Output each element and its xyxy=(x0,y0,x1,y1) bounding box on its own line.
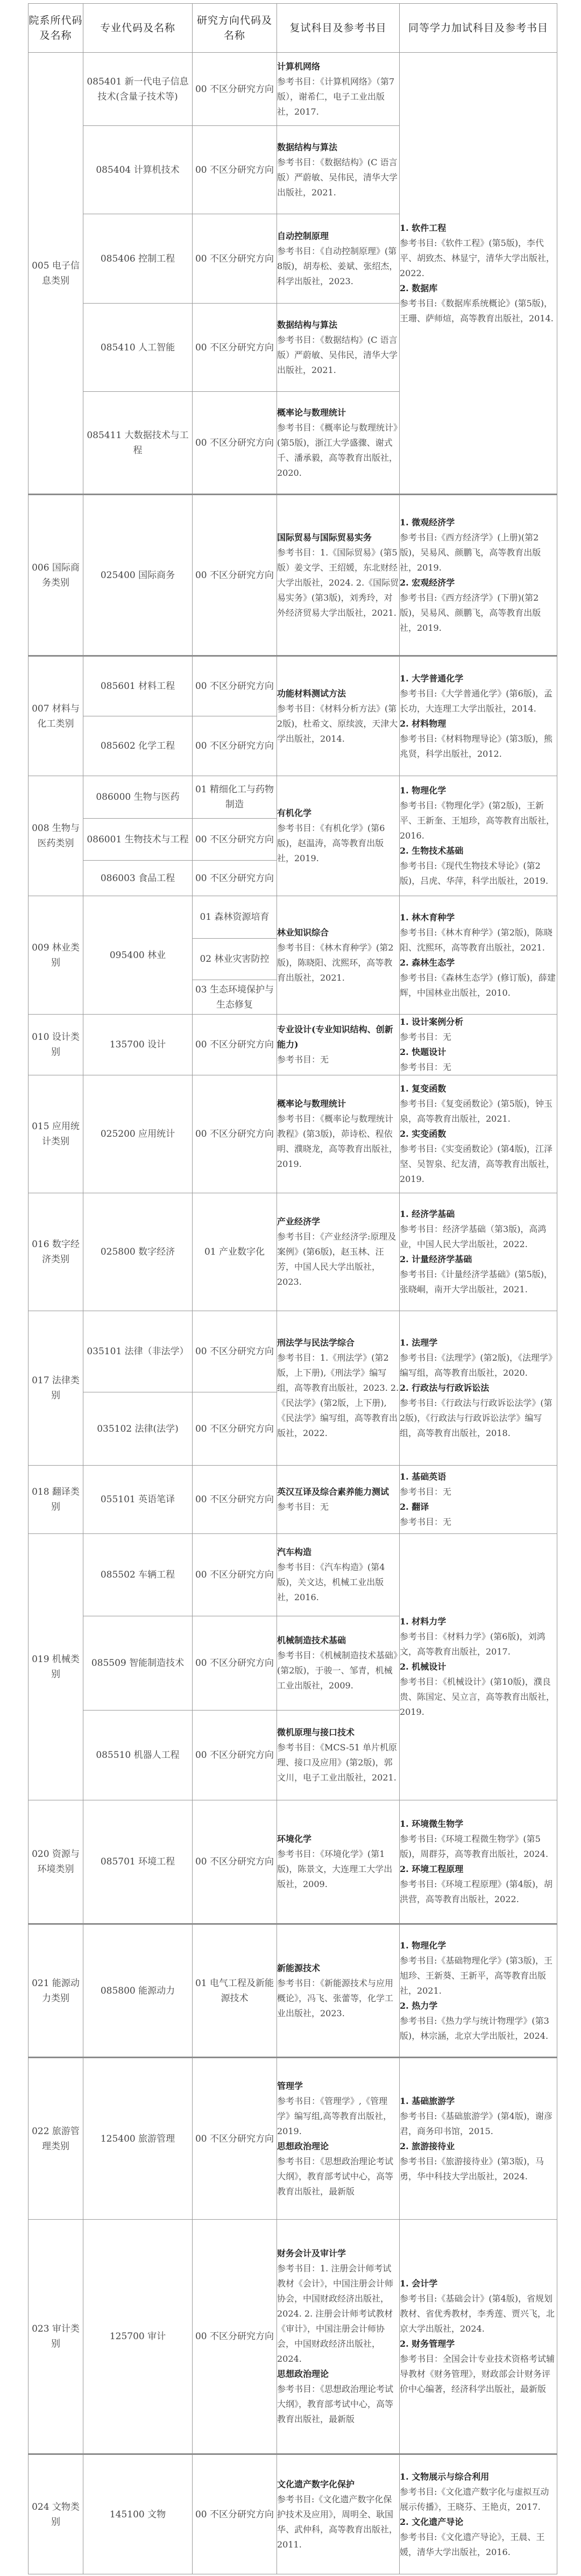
exam-reference-table: 院系所代码及名称 专业代码及名称 研究方向代码及名称 复试科目及参考书目 同等学… xyxy=(28,3,557,2574)
add-subject-1: 1. 环境微生物学 xyxy=(400,1817,557,1832)
major-cell: 085401 新一代电子信息技术(含量子技术等) xyxy=(83,53,193,126)
add-subject-1: 1. 法理学 xyxy=(400,1335,557,1350)
add-subject-2: 2. 数据库 xyxy=(400,281,557,296)
add-subject-1: 1. 林木育种学 xyxy=(400,910,557,925)
direction-cell: 00 不区分研究方向 xyxy=(193,2220,277,2454)
direction-cell: 03 生态环境保护与生态修复 xyxy=(193,980,277,1015)
major-cell: 086001 生物技术与工程 xyxy=(83,819,193,861)
add-subject-1: 1. 大学普通化学 xyxy=(400,671,557,686)
add-ref-1: 参考书目：《材料力学》(第6版)，刘鸿文，高等教育出版社，2017. xyxy=(400,1629,557,1659)
dept-cell: 018 翻译类别 xyxy=(29,1466,83,1534)
direction-cell: 00 不区分研究方向 xyxy=(193,2454,277,2574)
add-ref-2: 参考书目:《热力学与统计物理学》(第3版)，林宗涵，北京大学出版社，2024. xyxy=(400,2014,557,2044)
additional-cell: 1. 基础旅游学参考书目:《基础旅游学》(第4版)，谢彦君，商务印书馆，2015… xyxy=(400,2058,557,2220)
exam-subject: 数据结构与算法 xyxy=(277,140,399,155)
exam-subject: 机械制造技术基础 xyxy=(277,1633,399,1648)
exam-subject: 概率论与数理统计 xyxy=(277,1096,399,1111)
exam-subject-2: 思想政治理论 xyxy=(277,2367,399,2382)
dept-cell: 015 应用统计类别 xyxy=(29,1075,83,1193)
exam-cell: 专业设计(专业知识结构、创新能力)参考书目：无 xyxy=(277,1015,400,1075)
direction-cell: 00 不区分研究方向 xyxy=(193,2058,277,2220)
major-cell: 085406 控制工程 xyxy=(83,214,193,304)
direction-cell: 00 不区分研究方向 xyxy=(193,1534,277,1616)
exam-subject: 国际贸易与国际贸易实务 xyxy=(277,530,399,545)
exam-cell: 数据结构与算法参考书目：《数据结构》(C 语言版）严蔚敏、吴伟民，清华大学出版社… xyxy=(277,304,400,392)
table-row: 024 文物类别 145100 文物 00 不区分研究方向 文化遗产数字化保护参… xyxy=(29,2454,557,2574)
table-row: 008 生物与医药类别 086000 生物与医药 01 精细化工与药物制造 有机… xyxy=(29,776,557,819)
direction-cell: 00 不区分研究方向 xyxy=(193,495,277,656)
exam-subject: 产业经济学 xyxy=(277,1214,399,1229)
direction-cell: 00 不区分研究方向 xyxy=(193,861,277,896)
table-row: 022 旅游管理类别 125400 旅游管理 00 不区分研究方向 管理学参考书… xyxy=(29,2058,557,2220)
add-subject-2: 2. 生物技术基础 xyxy=(400,843,557,858)
header-major: 专业代码及名称 xyxy=(83,4,193,53)
add-ref-1: 参考书目:《环境工程微生物学》(第5版)，周群芬，高等教育出版社，2024. xyxy=(400,1832,557,1862)
exam-subject: 英汉互译及综合素养能力测试 xyxy=(277,1484,399,1500)
major-cell: 085601 材料工程 xyxy=(83,656,193,716)
direction-cell: 00 不区分研究方向 xyxy=(193,1392,277,1466)
add-ref-1: 参考书目:《西方经济学》(上册)(第2版)，吴易风、颜鹏飞，高等教育出版社，20… xyxy=(400,530,557,575)
exam-ref: 参考书目：《MCS-51 单片机原理、接口及应用》(第2版)，郭文川，电子工业出… xyxy=(277,1740,399,1785)
add-subject-1: 1. 基础旅游学 xyxy=(400,2094,557,2109)
add-ref-2: 参考书目:《数据库系统概论》(第5版)，王珊、萨师煊，高等教育出版社，2014. xyxy=(400,296,557,326)
additional-cell: 1. 材料力学参考书目：《材料力学》(第6版)，刘鸿文，高等教育出版社，2017… xyxy=(400,1534,557,1800)
add-ref-2: 参考书目：全国会计专业技术资格考试辅导教材《财务管理》，财政部会计财务评价中心编… xyxy=(400,2352,557,2397)
major-cell: 086000 生物与医药 xyxy=(83,776,193,819)
additional-cell: 1. 软件工程参考书目:《软件工程》(第5版)，李代平、胡致杰、林显宁，清华大学… xyxy=(400,53,557,495)
table-row: 017 法律类别 035101 法律（非法学） 00 不区分研究方向 刑法学与民… xyxy=(29,1311,557,1392)
additional-cell: 1. 文物展示与综合利用参考书目:《文化遗产数字化与虚拟互动展示传播》，王晓芬、… xyxy=(400,2454,557,2574)
exam-cell: 概率论与数理统计参考书目：《概率论与数理统计》(第5版)，浙江大学盛骤、谢式千、… xyxy=(277,392,400,495)
major-cell: 025800 数字经济 xyxy=(83,1193,193,1311)
add-ref-1: 参考书目:《物理化学》(第2版)，王新平、王新奎、王旭珍，高等教育出版社，201… xyxy=(400,798,557,843)
table-row: 018 翻译类别 055101 英语笔译 00 不区分研究方向 英汉互译及综合素… xyxy=(29,1466,557,1534)
dept-cell: 022 旅游管理类别 xyxy=(29,2058,83,2220)
direction-cell: 01 精细化工与药物制造 xyxy=(193,776,277,819)
table-row: 021 能源动力类别 085800 能源动力 01 电气工程及新能源技术 新能源… xyxy=(29,1924,557,2058)
exam-cell: 自动控制原理参考书目：《自动控制原理》(第8版)，胡寿松、姜斌、张绍杰，科学出版… xyxy=(277,214,400,304)
direction-cell: 01 森林资源培育 xyxy=(193,896,277,939)
exam-cell: 林业知识综合参考书目：《林木育种学》(第2版)，陈晓阳、沈熙环，高等教育出版社，… xyxy=(277,896,400,1015)
add-subject-1: 1. 复变函数 xyxy=(400,1081,557,1096)
dept-cell: 008 生物与医药类别 xyxy=(29,776,83,896)
exam-cell: 数据结构与算法参考书目：《数据结构》(C 语言版）严蔚敏、吴伟民，清华大学出版社… xyxy=(277,126,400,214)
additional-cell: 1. 物理化学参考书目:《基础物理化学》(第3版)，王旭珍、王新葵、王新平，高等… xyxy=(400,1924,557,2058)
exam-ref: 参考书目：《计算机网络》（第7版），谢希仁，电子工业出版社，2017. xyxy=(277,74,399,119)
table-row: 007 材料与化工类别 085601 材料工程 00 不区分研究方向 功能材料测… xyxy=(29,656,557,716)
table-row: 005 电子信息类别 085401 新一代电子信息技术(含量子技术等) 00 不… xyxy=(29,53,557,126)
exam-subject: 概率论与数理统计 xyxy=(277,405,399,420)
add-ref-1: 参考书目：无 xyxy=(400,1484,557,1500)
add-subject-1: 1. 物理化学 xyxy=(400,1938,557,1953)
direction-cell: 00 不区分研究方向 xyxy=(193,819,277,861)
exam-cell: 文化遗产数字化保护参考书目:《文化遗产数字化保护技术及应用》，周明全、耿国华、武… xyxy=(277,2454,400,2574)
add-subject-1: 1. 软件工程 xyxy=(400,221,557,236)
add-ref-1: 参考书目:《基础会计》(第4版)，省规划教材、省优秀教材，李秀莲、贾兴飞，北京大… xyxy=(400,2291,557,2336)
add-ref-1: 参考书目:《基础物理化学》(第3版)，王旭珍、王新葵、王新平，高等教育出版社，2… xyxy=(400,1953,557,1998)
major-cell: 095400 林业 xyxy=(83,896,193,1015)
add-ref-2: 参考书目:《计量经济学基础》(第5版)，张晓峒，南开大学出版社，2021. xyxy=(400,1267,557,1297)
exam-subject: 功能材料测试方法 xyxy=(277,686,399,701)
direction-cell: 00 不区分研究方向 xyxy=(193,716,277,776)
major-cell: 145100 文物 xyxy=(83,2454,193,2574)
major-cell: 125400 旅游管理 xyxy=(83,2058,193,2220)
exam-cell: 刑法学与民法学综合参考书目：1.《刑法学》(第2版，上下册),《刑法学》编写组，… xyxy=(277,1311,400,1466)
exam-ref-2: 参考书目：《思想政治理论考试大纲》，教育部考试中心，高等教育出版社，最新版 xyxy=(277,2382,399,2427)
exam-subject: 新能源技术 xyxy=(277,1961,399,1976)
direction-cell: 00 不区分研究方向 xyxy=(193,304,277,392)
major-cell: 135700 设计 xyxy=(83,1015,193,1075)
dept-cell: 010 设计类别 xyxy=(29,1015,83,1075)
add-subject-1: 1. 材料力学 xyxy=(400,1614,557,1629)
additional-cell: 1. 复变函数参考书目:《复变函数论》(第5版)，钟玉泉，高等教育出版社，202… xyxy=(400,1075,557,1193)
add-subject-2: 2. 行政法与行政诉讼法 xyxy=(400,1381,557,1396)
exam-ref: 参考书目：《机械制造技术基础》(第2版)，于骏一、邹青，机械工业出版社，2009… xyxy=(277,1648,399,1693)
exam-subject-2: 思想政治理论 xyxy=(277,2139,399,2154)
add-ref-2: 参考书目:《实变函数论》(第4版)，江泽坚、吴智泉、纪友清，高等教育出版社，20… xyxy=(400,1142,557,1187)
add-subject-2: 2. 文化遗产导论 xyxy=(400,2515,557,2530)
add-ref-1: 参考书目:《复变函数论》(第5版)，钟玉泉，高等教育出版社，2021. xyxy=(400,1096,557,1127)
exam-subject: 汽车构造 xyxy=(277,1545,399,1560)
major-cell: 025400 国际商务 xyxy=(83,495,193,656)
additional-cell: 1. 物理化学参考书目:《物理化学》(第2版)，王新平、王新奎、王旭珍，高等教育… xyxy=(400,776,557,896)
dept-cell: 023 审计类别 xyxy=(29,2220,83,2454)
add-ref-2: 参考书目:《西方经济学》(下册)(第2版)，吴易风、颜鹏飞，高等教育出版社，20… xyxy=(400,590,557,636)
direction-cell: 00 不区分研究方向 xyxy=(193,1015,277,1075)
table-row: 009 林业类别 095400 林业 01 森林资源培育 林业知识综合参考书目：… xyxy=(29,896,557,939)
dept-cell: 020 资源与环境类别 xyxy=(29,1800,83,1924)
header-additional: 同等学力加试科目及参考书目 xyxy=(400,4,557,53)
table-header-row: 院系所代码及名称 专业代码及名称 研究方向代码及名称 复试科目及参考书目 同等学… xyxy=(29,4,557,53)
dept-cell: 009 林业类别 xyxy=(29,896,83,1015)
add-ref-1: 参考书目:《软件工程》(第5版)，李代平、胡致杰、林显宁，清华大学出版社，202… xyxy=(400,236,557,281)
exam-ref-2: 参考书目：《思想政治理论考试大纲》，教育部考试中心，高等教育出版社，最新版 xyxy=(277,2154,399,2199)
add-ref-2: 参考书目:《现代生物技术导论》(第2版)，吕虎、华萍，科学出版社，2019. xyxy=(400,858,557,889)
exam-subject: 管理学 xyxy=(277,2079,399,2094)
exam-ref: 参考书目：1. 注册会计师考试教材《会计》，中国注册会计师协会，中国财政经济出版… xyxy=(277,2261,399,2367)
exam-cell: 汽车构造参考书目：《汽车构造》(第4版)，关文达，机械工业出版社，2016. xyxy=(277,1534,400,1616)
add-ref-1: 参考书目:《法理学》(第2版)，《法理学》编写组，高等教育出版社，2020. xyxy=(400,1350,557,1381)
add-ref-2: 参考书目：无 xyxy=(400,1060,557,1075)
add-subject-2: 2. 环境工程原理 xyxy=(400,1862,557,1877)
dept-cell: 021 能源动力类别 xyxy=(29,1924,83,2058)
table-row: 023 审计类别 125700 审计 00 不区分研究方向 财务会计及审计学参考… xyxy=(29,2220,557,2454)
additional-cell: 1. 基础英语参考书目：无2. 翻译参考书目：无 xyxy=(400,1466,557,1534)
add-subject-2: 2. 财务管理学 xyxy=(400,2336,557,2352)
table-row: 016 数字经济类别 025800 数字经济 01 产业数字化 产业经济学参考书… xyxy=(29,1193,557,1311)
exam-subject: 财务会计及审计学 xyxy=(277,2246,399,2261)
exam-cell: 环境化学参考书目：《环境化学》(第1版)，陈景文，大连理工大学出版社，2009. xyxy=(277,1800,400,1924)
header-dept: 院系所代码及名称 xyxy=(29,4,83,53)
direction-cell: 01 产业数字化 xyxy=(193,1193,277,1311)
add-ref-2: 参考书目:《环境工程原理》(第4版)，胡洪营，高等教育出版社，2022. xyxy=(400,1877,557,1907)
table-row: 006 国际商务类别 025400 国际商务 00 不区分研究方向 国际贸易与国… xyxy=(29,495,557,656)
major-cell: 085404 计算机技术 xyxy=(83,126,193,214)
add-ref-2: 参考书目:《旅游接待业》(第3版)，马勇，华中科技大学出版社，2024. xyxy=(400,2154,557,2184)
add-ref-1: 参考书目:《大学普通化学》(第6版)，孟长功，大连理工大学出版社，2014. xyxy=(400,686,557,716)
major-cell: 085800 能源动力 xyxy=(83,1924,193,2058)
exam-ref: 参考书目：《概率论与数理统计教程》(第3版)，茆诗松、程依明、濮晓龙，高等教育出… xyxy=(277,1111,399,1172)
direction-cell: 00 不区分研究方向 xyxy=(193,214,277,304)
add-subject-2: 2. 计量经济学基础 xyxy=(400,1252,557,1267)
major-cell: 055101 英语笔译 xyxy=(83,1466,193,1534)
add-subject-2: 2. 材料物理 xyxy=(400,716,557,731)
exam-subject: 数据结构与算法 xyxy=(277,318,399,333)
add-subject-2: 2. 森林生态学 xyxy=(400,955,557,970)
additional-cell: 1. 环境微生物学参考书目:《环境工程微生物学》(第5版)，周群芬，高等教育出版… xyxy=(400,1800,557,1924)
add-subject-2: 2. 机械设计 xyxy=(400,1659,557,1674)
exam-cell: 计算机网络参考书目：《计算机网络》（第7版），谢希仁，电子工业出版社，2017. xyxy=(277,53,400,126)
exam-cell: 有机化学参考书目：《有机化学》(第6版)，赵温涛，高等教育出版社，2019. xyxy=(277,776,400,896)
table-row: 019 机械类别 085502 车辆工程 00 不区分研究方向 汽车构造参考书目… xyxy=(29,1534,557,1616)
add-subject-2: 2. 宏观经济学 xyxy=(400,575,557,590)
exam-cell: 概率论与数理统计参考书目：《概率论与数理统计教程》(第3版)，茆诗松、程依明、濮… xyxy=(277,1075,400,1193)
exam-subject: 专业设计(专业知识结构、创新能力) xyxy=(277,1022,399,1052)
exam-ref: 参考书目：《材料分析方法》(第2版)，杜希文、原续波，天津大学出版社，2014. xyxy=(277,701,399,747)
direction-cell: 00 不区分研究方向 xyxy=(193,53,277,126)
exam-ref: 参考书目：无 xyxy=(277,1500,399,1515)
major-cell: 086003 食品工程 xyxy=(83,861,193,896)
exam-cell: 英汉互译及综合素养能力测试参考书目：无 xyxy=(277,1466,400,1534)
additional-cell: 1. 会计学参考书目:《基础会计》(第4版)，省规划教材、省优秀教材，李秀莲、贾… xyxy=(400,2220,557,2454)
additional-cell: 1. 经济学基础参考书目：经济学基础（第3版)，高鸿业，中国人民大学出版社，20… xyxy=(400,1193,557,1311)
exam-subject: 环境化学 xyxy=(277,1832,399,1847)
direction-cell: 00 不区分研究方向 xyxy=(193,1466,277,1534)
exam-ref: 参考书目：《新能源技术与应用概论》，冯飞、张蕾等，化学工业出版社，2023. xyxy=(277,1976,399,2021)
add-subject-1: 1. 文物展示与综合利用 xyxy=(400,2469,557,2484)
exam-ref: 参考书目：《概率论与数理统计》(第5版)，浙江大学盛骤、谢式千、潘承毅，高等教育… xyxy=(277,420,399,481)
additional-cell: 1. 法理学参考书目:《法理学》(第2版)，《法理学》编写组，高等教育出版社，2… xyxy=(400,1311,557,1466)
direction-cell: 01 电气工程及新能源技术 xyxy=(193,1924,277,2058)
add-subject-1: 1. 物理化学 xyxy=(400,783,557,798)
add-subject-2: 2. 实变函数 xyxy=(400,1127,557,1142)
exam-ref: 参考书目：1.《国际贸易》(第5版）姜文学、王绍媛，东北财经大学出版社，2024… xyxy=(277,545,399,621)
major-cell: 085410 人工智能 xyxy=(83,304,193,392)
dept-cell: 017 法律类别 xyxy=(29,1311,83,1466)
exam-cell: 产业经济学参考书目：《产业经济学:原理及案例》(第6版)，赵玉林、汪芳，中国人民… xyxy=(277,1193,400,1311)
table-row: 015 应用统计类别 025200 应用统计 00 不区分研究方向 概率论与数理… xyxy=(29,1075,557,1193)
header-exam: 复试科目及参考书目 xyxy=(277,4,400,53)
add-subject-1: 1. 经济学基础 xyxy=(400,1207,557,1222)
exam-ref: 参考书目：《环境化学》(第1版)，陈景文，大连理工大学出版社，2009. xyxy=(277,1847,399,1892)
major-cell: 085411 大数据技术与工程 xyxy=(83,392,193,495)
exam-cell: 财务会计及审计学参考书目：1. 注册会计师考试教材《会计》，中国注册会计师协会，… xyxy=(277,2220,400,2454)
direction-cell: 00 不区分研究方向 xyxy=(193,1075,277,1193)
exam-ref: 参考书目:《文化遗产数字化保护技术及应用》，周明全、耿国华、武仲科，高等教育出版… xyxy=(277,2492,399,2552)
dept-cell: 006 国际商务类别 xyxy=(29,495,83,656)
add-subject-1: 1. 微观经济学 xyxy=(400,515,557,530)
add-subject-1: 1. 基础英语 xyxy=(400,1469,557,1484)
exam-ref: 参考书目：1.《刑法学》(第2版，上下册),《刑法学》编写组，高等教育出版社，2… xyxy=(277,1350,399,1441)
major-cell: 035102 法律(法学) xyxy=(83,1392,193,1466)
exam-cell: 管理学参考书目：《管理学》,《管理学》编写组,高等教育出版社，2019.思想政治… xyxy=(277,2058,400,2220)
exam-subject: 有机化学 xyxy=(277,806,399,821)
major-cell: 035101 法律（非法学） xyxy=(83,1311,193,1392)
dept-cell: 016 数字经济类别 xyxy=(29,1193,83,1311)
exam-ref: 参考书目：《数据结构》(C 语言版）严蔚敏、吴伟民，清华大学出版社，2021. xyxy=(277,333,399,378)
direction-cell: 00 不区分研究方向 xyxy=(193,1616,277,1711)
direction-cell: 02 林业灾害防控 xyxy=(193,939,277,980)
additional-cell: 1. 林木育种学参考书目:《林木育种学》(第2版)，陈晓阳、沈熙环，高等教育出版… xyxy=(400,896,557,1015)
direction-cell: 00 不区分研究方向 xyxy=(193,656,277,716)
add-ref-1: 参考书目:《林木育种学》(第2版)，陈晓阳、沈熙环，高等教育出版社，2021. xyxy=(400,925,557,955)
exam-subject: 刑法学与民法学综合 xyxy=(277,1335,399,1350)
exam-ref: 参考书目：《数据结构》(C 语言版）严蔚敏、吴伟民，清华大学出版社，2021. xyxy=(277,155,399,200)
exam-subject: 林业知识综合 xyxy=(277,925,399,940)
add-ref-2: 参考书目:《材料物理导论》(第3版)，熊兆贤，科学出版社，2012. xyxy=(400,731,557,762)
major-cell: 085701 环境工程 xyxy=(83,1800,193,1924)
direction-cell: 00 不区分研究方向 xyxy=(193,392,277,495)
additional-cell: 1. 设计案例分析参考书目：无2. 快题设计参考书目：无 xyxy=(400,1015,557,1075)
exam-ref: 参考书目：《林木育种学》(第2版)，陈晓阳、沈熙环，高等教育出版社，2021. xyxy=(277,940,399,986)
dept-cell: 024 文物类别 xyxy=(29,2454,83,2574)
major-cell: 085510 机器人工程 xyxy=(83,1711,193,1800)
add-subject-2: 2. 翻译 xyxy=(400,1500,557,1515)
direction-cell: 00 不区分研究方向 xyxy=(193,126,277,214)
add-ref-2: 参考书目:《文化遗产导论》，王晨、王媛，清华大学出版社，2016. xyxy=(400,2530,557,2560)
add-ref-2: 参考书目：《机械设计》(第10版)，濮良贵、陈国定、吴立言，高等教育出版社，20… xyxy=(400,1674,557,1720)
exam-cell: 机械制造技术基础参考书目：《机械制造技术基础》(第2版)，于骏一、邹青，机械工业… xyxy=(277,1616,400,1711)
exam-ref: 参考书目：《管理学》,《管理学》编写组,高等教育出版社，2019. xyxy=(277,2094,399,2139)
major-cell: 085602 化学工程 xyxy=(83,716,193,776)
table-row: 020 资源与环境类别 085701 环境工程 00 不区分研究方向 环境化学参… xyxy=(29,1800,557,1924)
add-ref-1: 参考书目:《文化遗产数字化与虚拟互动展示传播》，王晓芬、王艳贞，2017. xyxy=(400,2484,557,2515)
exam-ref: 参考书目：《有机化学》(第6版)，赵温涛，高等教育出版社，2019. xyxy=(277,821,399,866)
exam-subject: 计算机网络 xyxy=(277,59,399,74)
exam-subject: 微机原理与接口技术 xyxy=(277,1725,399,1740)
dept-cell: 007 材料与化工类别 xyxy=(29,656,83,776)
exam-subject: 自动控制原理 xyxy=(277,229,399,244)
major-cell: 085502 车辆工程 xyxy=(83,1534,193,1616)
additional-cell: 1. 大学普通化学参考书目:《大学普通化学》(第6版)，孟长功，大连理工大学出版… xyxy=(400,656,557,776)
major-cell: 025200 应用统计 xyxy=(83,1075,193,1193)
exam-subject: 文化遗产数字化保护 xyxy=(277,2477,399,2492)
add-ref-1: 参考书目:《基础旅游学》(第4版)，谢彦君，商务印书馆，2015. xyxy=(400,2109,557,2139)
add-ref-1: 参考书目：无 xyxy=(400,1030,557,1045)
add-ref-2: 参考书目:《行政法与行政诉讼法学》(第2版)，《行政法与行政诉讼法学》编写组，高… xyxy=(400,1396,557,1441)
table-row: 010 设计类别 135700 设计 00 不区分研究方向 专业设计(专业知识结… xyxy=(29,1015,557,1075)
exam-ref: 参考书目：无 xyxy=(277,1052,399,1067)
add-ref-1: 参考书目：经济学基础（第3版)，高鸿业，中国人民大学出版社，2022. xyxy=(400,1222,557,1252)
add-ref-2: 参考书目:《森林生态学》(修订版)，薛建辉，中国林业出版社，2010. xyxy=(400,970,557,1001)
add-ref-2: 参考书目：无 xyxy=(400,1515,557,1530)
direction-cell: 00 不区分研究方向 xyxy=(193,1311,277,1392)
major-cell: 085509 智能制造技术 xyxy=(83,1616,193,1711)
add-subject-2: 2. 旅游接待业 xyxy=(400,2139,557,2154)
add-subject-1: 1. 会计学 xyxy=(400,2276,557,2291)
exam-cell: 新能源技术参考书目：《新能源技术与应用概论》，冯飞、张蕾等，化学工业出版社，20… xyxy=(277,1924,400,2058)
add-subject-2: 2. 快题设计 xyxy=(400,1045,557,1060)
exam-cell: 微机原理与接口技术参考书目：《MCS-51 单片机原理、接口及应用》(第2版)，… xyxy=(277,1711,400,1800)
header-direction: 研究方向代码及名称 xyxy=(193,4,277,53)
direction-cell: 00 不区分研究方向 xyxy=(193,1800,277,1924)
add-subject-2: 2. 热力学 xyxy=(400,1998,557,2014)
exam-ref: 参考书目：《汽车构造》(第4版)，关文达，机械工业出版社，2016. xyxy=(277,1560,399,1605)
add-subject-1: 1. 设计案例分析 xyxy=(400,1015,557,1030)
major-cell: 125700 审计 xyxy=(83,2220,193,2454)
exam-ref: 参考书目：《自动控制原理》(第8版)，胡寿松、姜斌、张绍杰，科学出版社，2023… xyxy=(277,244,399,289)
exam-cell: 功能材料测试方法参考书目：《材料分析方法》(第2版)，杜希文、原续波，天津大学出… xyxy=(277,656,400,776)
direction-cell: 00 不区分研究方向 xyxy=(193,1711,277,1800)
exam-ref: 参考书目：《产业经济学:原理及案例》(第6版)，赵玉林、汪芳，中国人民大学出版社… xyxy=(277,1229,399,1290)
dept-cell: 005 电子信息类别 xyxy=(29,53,83,495)
additional-cell: 1. 微观经济学参考书目:《西方经济学》(上册)(第2版)，吴易风、颜鹏飞，高等… xyxy=(400,495,557,656)
exam-cell: 国际贸易与国际贸易实务参考书目：1.《国际贸易》(第5版）姜文学、王绍媛，东北财… xyxy=(277,495,400,656)
dept-cell: 019 机械类别 xyxy=(29,1534,83,1800)
